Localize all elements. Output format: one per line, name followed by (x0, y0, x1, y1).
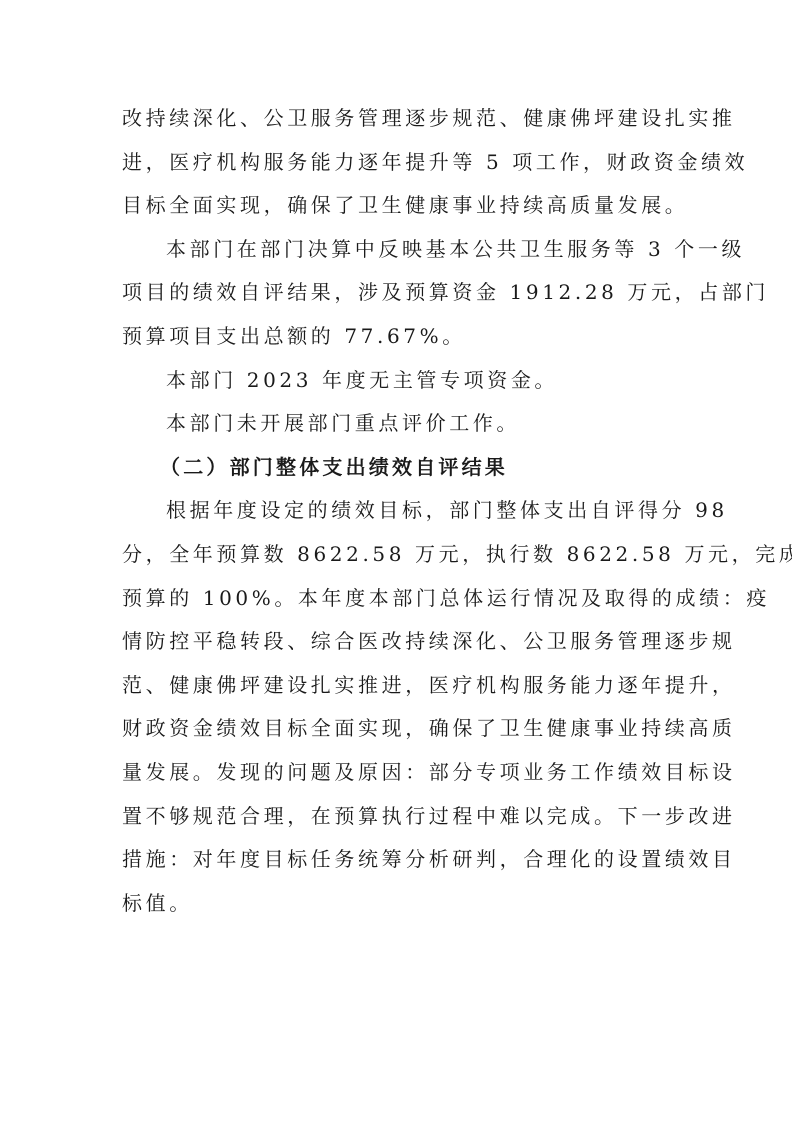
text-line: 财政资金绩效目标全面实现，确保了卫生健康事业持续高质 (122, 707, 674, 751)
text-line: 项目的绩效自评结果，涉及预算资金 1912.28 万元，占部门 (122, 271, 674, 315)
text-line: 范、健康佛坪建设扎实推进，医疗机构服务能力逐年提升， (122, 664, 674, 708)
text-line: 进，医疗机构服务能力逐年提升等 5 项工作，财政资金绩效 (122, 141, 674, 185)
paragraph-special-funds: 本部门 2023 年度无主管专项资金。 (122, 359, 674, 403)
text-line: 情防控平稳转段、综合医改持续深化、公卫服务管理逐步规 (122, 620, 674, 664)
text-line: 置不够规范合理，在预算执行过程中难以完成。下一步改进 (122, 795, 674, 839)
text-line: 目标全面实现，确保了卫生健康事业持续高质量发展。 (122, 184, 674, 228)
text-line: 预算的 100%。本年度本部门总体运行情况及取得的成绩：疫 (122, 577, 674, 621)
paragraph-continuation: 改持续深化、公卫服务管理逐步规范、健康佛坪建设扎实推 进，医疗机构服务能力逐年提… (122, 97, 674, 228)
text-line: 标值。 (122, 882, 674, 926)
text-line: 本部门未开展部门重点评价工作。 (122, 402, 674, 446)
text-line: 预算项目支出总额的 77.67%。 (122, 315, 674, 359)
text-line: 本部门 2023 年度无主管专项资金。 (122, 359, 674, 403)
paragraph-key-evaluation: 本部门未开展部门重点评价工作。 (122, 402, 674, 446)
paragraph-project-evaluation: 本部门在部门决算中反映基本公共卫生服务等 3 个一级 项目的绩效自评结果，涉及预… (122, 228, 674, 359)
section-heading: （二）部门整体支出绩效自评结果 (122, 446, 674, 490)
text-line: 改持续深化、公卫服务管理逐步规范、健康佛坪建设扎实推 (122, 97, 674, 141)
paragraph-overall-result: 根据年度设定的绩效目标，部门整体支出自评得分 98 分，全年预算数 8622.5… (122, 489, 674, 925)
text-line: 分，全年预算数 8622.58 万元，执行数 8622.58 万元，完成 (122, 533, 674, 577)
text-line: 根据年度设定的绩效目标，部门整体支出自评得分 98 (122, 489, 674, 533)
document-body: 改持续深化、公卫服务管理逐步规范、健康佛坪建设扎实推 进，医疗机构服务能力逐年提… (122, 97, 674, 925)
heading-text: （二）部门整体支出绩效自评结果 (122, 446, 674, 490)
text-line: 本部门在部门决算中反映基本公共卫生服务等 3 个一级 (122, 228, 674, 272)
text-line: 量发展。发现的问题及原因：部分专项业务工作绩效目标设 (122, 751, 674, 795)
text-line: 措施：对年度目标任务统筹分析研判，合理化的设置绩效目 (122, 838, 674, 882)
document-page: 改持续深化、公卫服务管理逐步规范、健康佛坪建设扎实推 进，医疗机构服务能力逐年提… (0, 0, 792, 1121)
